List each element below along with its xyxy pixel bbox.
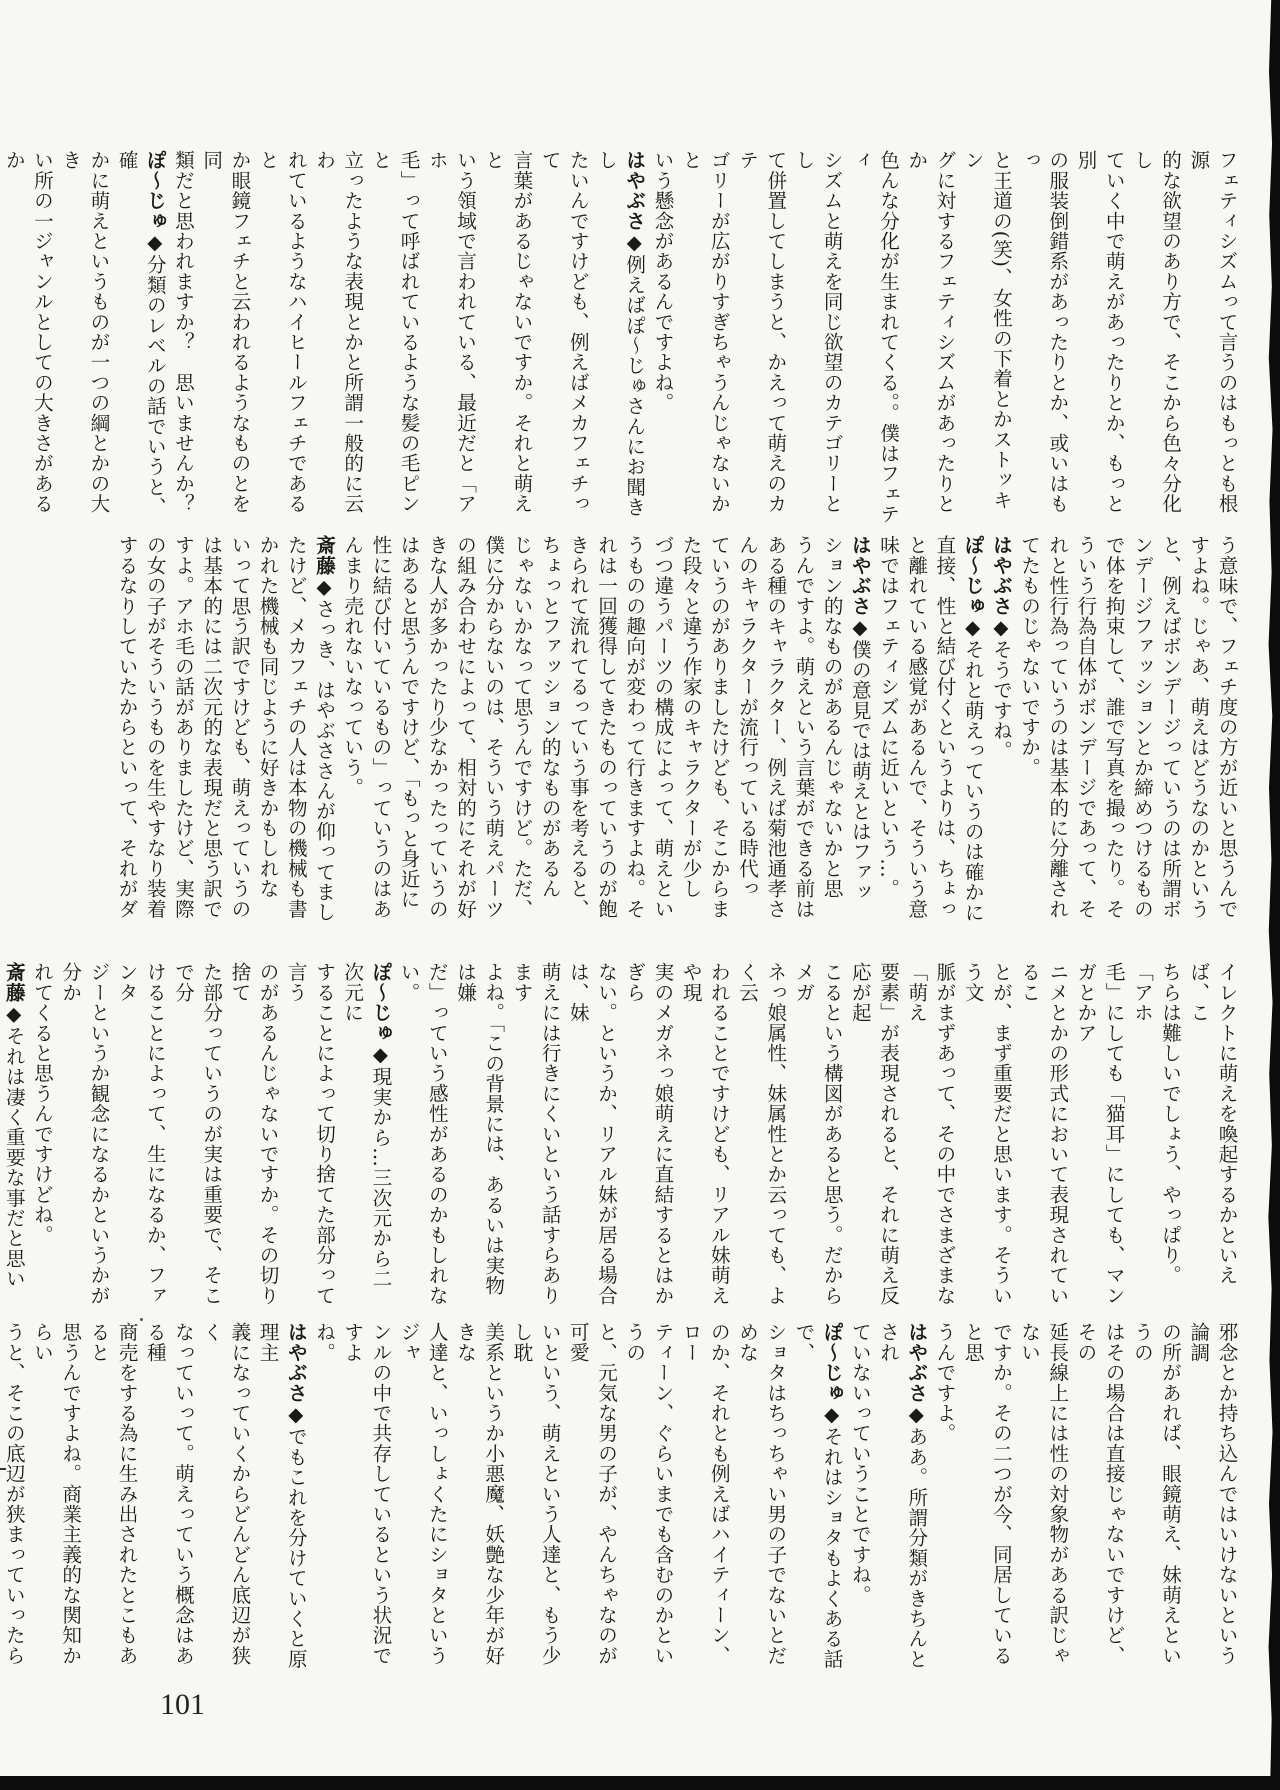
text-column: 僕に分からないのは、そういう萌えパーツ [479,535,507,950]
text-column: と王道の(笑)、女性の下着とかストッキン [958,150,1014,530]
text-column: 邪念とか持ち込んではいけないという論調 [1184,1322,1240,1682]
text-column: の所があれば、眼鏡萌え、妹萌えというの [1127,1322,1183,1682]
text-column: い所の一ジャンルとしての大きさがあるか [0,150,55,530]
text-column: 商売をする為に生み出されたとこもあると [84,1322,140,1682]
text-column: うんですよ。 [930,1322,958,1682]
speaker-name: ぽ～じゅ◆ [820,1322,843,1426]
text-column: ネっ娘属性、妹属性とか云っても、よく云 [732,962,788,1307]
text-column: たいんですけども、例えばメカフェチって [535,150,591,530]
text-column: かに萌えというものが一つの綱とかの大き [55,150,111,530]
text-column: よね。「この背景には、あるいは実物は嫌 [450,962,506,1307]
text-column: ていうのがありましたけども、そこからま [704,535,732,950]
text-column: ティーン、ぐらいまでも含むのかというの [620,1322,676,1682]
text-column: いう領域で言われている、最近だと「アホ [422,150,478,530]
page-number: 101 [160,1688,205,1722]
text-column: いという、萌えという人達と、もう少し耽 [507,1322,563,1682]
text-column: われることですけども、リアル妹萌えや現 [676,962,732,1307]
text-column: と、元気な男の子が、やんちゃなのが可愛 [563,1322,619,1682]
text-column: きな人が多かったり少なかったっていうの [422,535,450,950]
text-column: ニメとかの形式において表現されているこ [1014,962,1070,1307]
text-column: ちらは難しいでしょう、やっぱり。「アホ [1127,962,1183,1307]
text-column: ある種のキャラクター、例えば菊池通孝さ [761,535,789,950]
text-column: いって思う訳ですけども、萌えっていうの [225,535,253,950]
text-column: ね。 [309,1322,337,1682]
text-column: れと性行為っていうのは基本的に分離され [1043,535,1071,950]
text-column: の組み合わせによって、相対的にそれが好 [450,535,478,950]
text-column: たけど、メカフェチの人は本物の機械も書 [281,535,309,950]
text-column: 要素」が表現されると、それに萌え反応が起 [845,962,901,1307]
text-column: う意味で、フェチ度の方が近いと思うんで [1212,535,1240,950]
text-column: で体を拘束して、誰で写真を撮ったり。そ [1099,535,1127,950]
text-column: 萌えには行きにくいという話すらあります [507,962,563,1307]
speaker-name: ぽ～じゅ◆ [961,535,984,639]
text-column: はやぶさ◆例えばぽ～じゅさんにお聞きし [591,150,647,530]
text-column: と離れている感覚があるんで、そういう意 [902,535,930,950]
text-column: 美系というか小悪魔、妖艶な少年が好きな [450,1322,506,1682]
text-column: ていないっていうことですね。 [845,1322,873,1682]
text-column: ぽ～じゅ◆現実から…三次元から二次元に [338,962,394,1307]
text-column: はやぶさ◆僕の意見では萌えとはファッ [845,535,873,950]
text-column: 的な欲望のあり方で、そこから色々分化し [1127,150,1183,530]
scan-border-bottom [0,1776,1280,1790]
text-column: うと、そこの底辺が狭まっていったら商売 [0,1322,27,1682]
text-column: けることによって、生になるか、ファンタ [112,962,168,1307]
text-column: はその場合は直接じゃないですけど、その [1071,1322,1127,1682]
text-column: 斎藤◆さっき、はやぶささんが仰ってまし [309,535,337,950]
text-column: て併置してしまうと、かえって萌えのカテ [732,150,788,530]
text-column: ゴリーが広がりすぎちゃうんじゃないかと [676,150,732,530]
text-column: するなりしていたからといって、それがダ [112,535,140,950]
text-column: はあると思うんですけど、「もっと身近に [394,535,422,950]
text-column: ぽ～じゅ◆それと萌えっていうのは確かに [958,535,986,950]
speaker-name: はやぶさ◆ [623,150,646,254]
speaker-name: はやぶさ◆ [848,535,871,639]
speaker-name: 斎藤◆ [2,962,25,1026]
speaker-name: ぽ～じゅ◆ [369,962,392,1066]
text-column: はやぶさ◆ああ。所謂分類がきちんとされ [873,1322,929,1682]
text-column: 毛」にしても「猫耳」にしても、マンガとかア [1071,962,1127,1307]
text-column: 実のメガネっ娘萌えに直結するとはかぎら [620,962,676,1307]
text-band-2: う意味で、フェチ度の方が近いと思うんですよね。じゃあ、萌えはどうなのかというと、… [160,535,1240,950]
text-column: ていく中で萌えがあったりとか、もっと別 [1071,150,1127,530]
text-column: なっていって。萌えっていう概念はある種 [140,1322,196,1682]
text-column: のか、それとも例えばハイティーン、ロー [676,1322,732,1682]
text-column: ういう行為自体がボンデージであって、そ [1071,535,1099,950]
text-column: の服装倒錯系があったりとか、或いはもっ [1014,150,1070,530]
text-column: 味ではフェティシズムに近いという…。 [873,535,901,950]
text-column: 思うんですよね。商業主義的な関知からい [27,1322,83,1682]
text-column: 言葉があるじゃないですか。それと萌えと [479,150,535,530]
text-column: 立ったような表現とかと所謂一般的に云わ [309,150,365,530]
speaker-name: はやぶさ◆ [905,1322,928,1426]
text-column: かれた機械も同じように好きかもしれな [253,535,281,950]
speaker-name: ぽ～じゅ◆ [143,150,166,254]
text-column: うものの趣向が変わって行きますよね。そ [620,535,648,950]
text-column: シズムと萌えを同じ欲望のカテゴリーとし [789,150,845,530]
text-column: れてくると思うんですけどね。 [27,962,55,1307]
text-column: と、例えばボンデージっていうのは所謂ボ [1155,535,1183,950]
text-column: じゃないかなって思うんですけど。ただ、 [507,535,535,950]
text-column: だ」っていう感性があるのかもしれない。 [394,962,450,1307]
text-column: ジーというか観念になるかというかが分か [55,962,111,1307]
text-column: ない。というか、リアル妹が居る場合は、妹 [563,962,619,1307]
text-column: ですか。その二つが今、同居していると思 [958,1322,1014,1682]
text-column: た段々と違う作家のキャラクターが少し [676,535,704,950]
text-column: はやぶさ◆そうですね。 [986,535,1014,950]
text-column: 色んな分化が生まれてくる。。僕はフェティ [845,150,901,530]
text-column: とが、まず重要だと思います。そういう文 [958,962,1014,1307]
text-column: 義になっていくからどんどん底辺が狭く [196,1322,252,1682]
text-column: ぽ～じゅ◆分類のレベルの話でいうと、確 [112,150,168,530]
text-column: れは一回獲得してきたものっていうのが飽 [591,535,619,950]
text-column: てたものじゃないですか。 [1014,535,1042,950]
text-column: こるという構図があると思う。だからメガ [789,962,845,1307]
text-column: んまり売れないなっていう。 [338,535,366,950]
text-column: 斎藤◆それは凄く重要な事だと思いますね。 [0,962,27,1307]
text-column: ンデージファッションとか締めつけるもの [1127,535,1155,950]
text-column: 毛」って呼ばれているような髪の毛ピンと [366,150,422,530]
text-column: 直接、性と結び付くというよりは、ちょっ [930,535,958,950]
speaker-name: はやぶさ◆ [989,535,1012,639]
text-column: フェティシズムって言うのはもっとも根源 [1184,150,1240,530]
text-column: んのキャラクターが流行っている時代っ [732,535,760,950]
text-column: づつ違うパーツの構成によって、萌えとい [648,535,676,950]
text-column: ちょっとファッション的なものがあるん [535,535,563,950]
text-column: うんですよ。萌えという言葉ができる前は [789,535,817,950]
text-column: きられて流れてるっていう事を考えると、 [563,535,591,950]
text-band-4: 邪念とか持ち込んではいけないという論調の所があれば、眼鏡萌え、妹萌えというのはそ… [160,1322,1240,1682]
text-column: はやぶさ◆でもこれを分けていくと原理主 [253,1322,309,1682]
text-column: ショタはちっちゃい男の子でないとだめな [732,1322,788,1682]
text-column: ション的なものがあるんじゃないかと思 [817,535,845,950]
text-column: イレクトに萌えを喚起するかといえば、こ [1184,962,1240,1307]
text-column: 人達と、いっしょくたにショタというジャ [394,1322,450,1682]
speaker-name: 斎藤◆ [313,535,336,599]
text-column: すよね。じゃあ、萌えはどうなのかという [1184,535,1212,950]
text-column: は基本的には二次元的な表現だと思う訳で [196,535,224,950]
speaker-name: はやぶさ◆ [284,1322,307,1426]
text-column: 脈がまずあって、その中でさまざまな「萌え [902,962,958,1307]
text-column: た部分っていうのが実は重要で、そこで分 [168,962,224,1307]
text-column: 類だと思われますか？ 思いませんか？ [168,150,196,530]
text-column: ンルの中で共存しているという状況ですよ [338,1322,394,1682]
text-column: の女の子がそういうものを生やすなり装着 [140,535,168,950]
text-column: か眼鏡フェチと云われるようなものとを同 [196,150,252,530]
text-column: グに対するフェティシズムがあったりとか [902,150,958,530]
text-column: すよ。アホ毛の話がありましたけど、実際 [168,535,196,950]
torn-page-edge [1258,0,1280,1790]
text-column: 延長線上には性の対象物がある訳じゃない [1014,1322,1070,1682]
text-column: いう懸念があるんですよね。 [648,150,676,530]
text-column: ぽ～じゅ◆それはショタもよくある話で、 [789,1322,845,1682]
text-band-3: イレクトに萌えを喚起するかといえば、こちらは難しいでしょう、やっぱり。「アホ毛」… [160,962,1240,1307]
text-column: することによって切り捨てた部分って言う [281,962,337,1307]
scan-speck [140,1318,143,1321]
text-band-1: フェティシズムって言うのはもっとも根源的な欲望のあり方で、そこから色々分化してい… [160,150,1240,530]
text-column: のがあるんじゃないですか。その切り捨て [225,962,281,1307]
text-column: れているようなハイヒールフェチであると [253,150,309,530]
text-column: 性に結び付いているもの」っていうのはあ [366,535,394,950]
